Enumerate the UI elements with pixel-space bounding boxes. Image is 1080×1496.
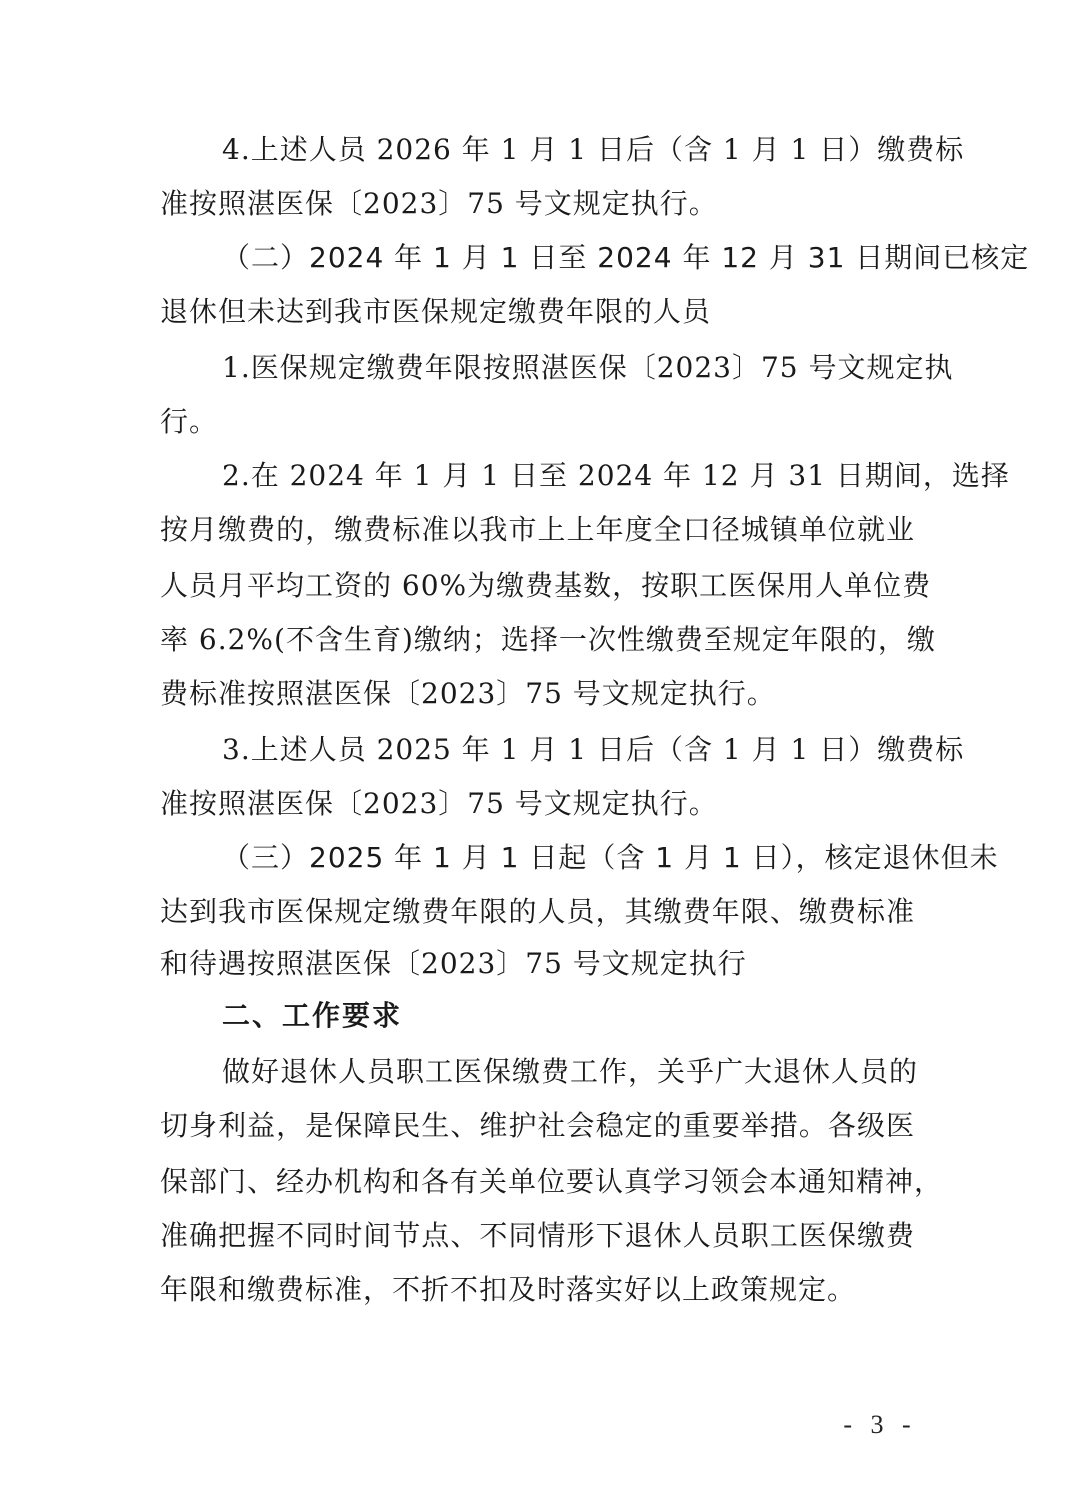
page-number: - 3 - — [840, 1405, 920, 1445]
paragraph-line: 和待遇按照湛医保〔2023〕75 号文规定执行 — [160, 944, 915, 984]
paragraph-line: 按月缴费的，缴费标准以我市上上年度全口径城镇单位就业 — [160, 510, 915, 550]
paragraph-line: 1.医保规定缴费年限按照湛医保〔2023〕75 号文规定执 — [222, 348, 915, 388]
paragraph-line: 准按照湛医保〔2023〕75 号文规定执行。 — [160, 784, 915, 824]
paragraph-line: 年限和缴费标准，不折不扣及时落实好以上政策规定。 — [160, 1270, 915, 1310]
paragraph-line: 达到我市医保规定缴费年限的人员，其缴费年限、缴费标准 — [160, 892, 915, 932]
paragraph-line: 保部门、经办机构和各有关单位要认真学习领会本通知精神， — [160, 1162, 915, 1202]
paragraph-line: 准按照湛医保〔2023〕75 号文规定执行。 — [160, 184, 915, 224]
document-page: 4.上述人员 2026 年 1 月 1 日后（含 1 月 1 日）缴费标 准按照… — [0, 0, 1080, 1496]
paragraph-line: 费标准按照湛医保〔2023〕75 号文规定执行。 — [160, 674, 915, 714]
paragraph-line: 准确把握不同时间节点、不同情形下退休人员职工医保缴费 — [160, 1216, 915, 1256]
paragraph-line: 2.在 2024 年 1 月 1 日至 2024 年 12 月 31 日期间，选… — [222, 456, 915, 496]
paragraph-line: 率 6.2%(不含生育)缴纳；选择一次性缴费至规定年限的，缴 — [160, 620, 915, 660]
paragraph-line: 做好退休人员职工医保缴费工作，关乎广大退休人员的 — [222, 1052, 915, 1092]
paragraph-line: 人员月平均工资的 60%为缴费基数，按职工医保用人单位费 — [160, 566, 915, 606]
section-subheading-line: 退休但未达到我市医保规定缴费年限的人员 — [160, 292, 915, 332]
section-heading: 二、工作要求 — [222, 996, 915, 1036]
section-subheading-line: （二）2024 年 1 月 1 日至 2024 年 12 月 31 日期间已核定 — [222, 238, 915, 278]
paragraph-line: 行。 — [160, 402, 915, 442]
paragraph-line: 切身利益，是保障民生、维护社会稳定的重要举措。各级医 — [160, 1106, 915, 1146]
section-subheading-line: （三）2025 年 1 月 1 日起（含 1 月 1 日），核定退休但未 — [222, 838, 915, 878]
paragraph-line: 4.上述人员 2026 年 1 月 1 日后（含 1 月 1 日）缴费标 — [222, 130, 915, 170]
paragraph-line: 3.上述人员 2025 年 1 月 1 日后（含 1 月 1 日）缴费标 — [222, 730, 915, 770]
